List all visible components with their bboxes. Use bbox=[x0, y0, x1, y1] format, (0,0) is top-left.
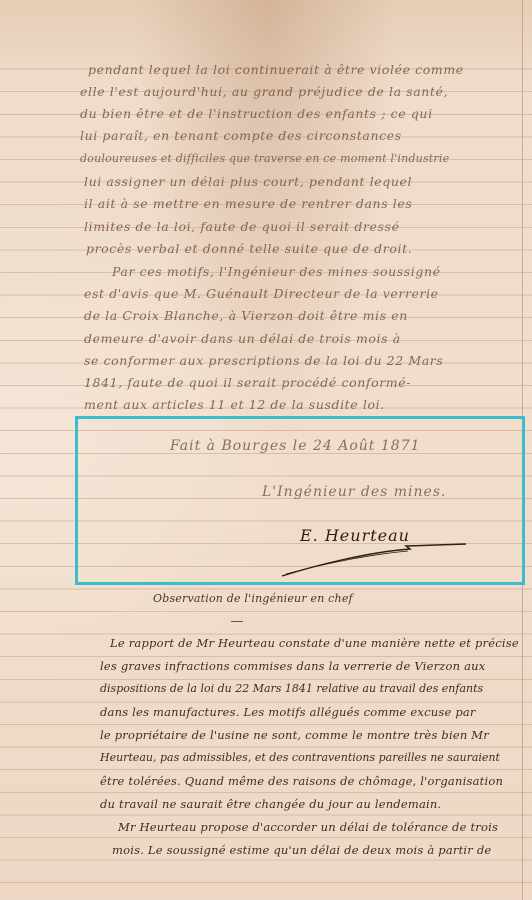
section-heading: Observation de l'ingénieur en chef bbox=[153, 592, 353, 605]
text-line: Mr Heurteau propose d'accorder un délai … bbox=[118, 820, 498, 834]
text-line: être tolérées. Quand même des raisons de… bbox=[100, 774, 503, 788]
text-line: Le rapport de Mr Heurteau constate d'une… bbox=[110, 636, 519, 650]
highlight-box bbox=[75, 416, 525, 585]
text-line: est d'avis que M. Guénault Directeur de … bbox=[84, 286, 439, 301]
text-line: demeure d'avoir dans un délai de trois m… bbox=[84, 331, 401, 346]
text-line: douloureuses et difficiles que traverse … bbox=[80, 152, 449, 165]
text-line: de la Croix Blanche, à Vierzon doit être… bbox=[84, 308, 408, 323]
text-line: le propriétaire de l'usine ne sont, comm… bbox=[100, 728, 489, 742]
text-line: Par ces motifs, l'Ingénieur des mines so… bbox=[112, 264, 441, 279]
text-line: du bien être et de l'instruction des enf… bbox=[80, 106, 433, 121]
text-line: lui assigner un délai plus court, pendan… bbox=[84, 174, 412, 189]
text-line: elle l'est aujourd'hui, au grand préjudi… bbox=[80, 84, 448, 99]
text-line: 1841, faute de quoi il serait procédé co… bbox=[84, 375, 411, 390]
text-line: Heurteau, pas admissibles, et des contra… bbox=[100, 751, 500, 764]
text-line: ment aux articles 11 et 12 de la susdite… bbox=[84, 397, 385, 412]
text-line: du travail ne saurait être changée du jo… bbox=[100, 797, 441, 811]
text-line: se conformer aux prescriptions de la loi… bbox=[84, 353, 443, 368]
heading-divider bbox=[231, 621, 243, 622]
text-line: les graves infractions commises dans la … bbox=[100, 659, 485, 673]
text-line: procès verbal et donné telle suite que d… bbox=[86, 241, 412, 256]
text-line: limites de la loi, faute de quoi il sera… bbox=[84, 219, 400, 234]
text-line: lui paraît, en tenant compte des circons… bbox=[80, 128, 402, 143]
text-line: dispositions de la loi du 22 Mars 1841 r… bbox=[100, 682, 483, 695]
text-line: dans les manufactures. Les motifs allégu… bbox=[100, 705, 476, 719]
text-line: il ait à se mettre en mesure de rentrer … bbox=[84, 196, 412, 211]
text-line: mois. Le soussigné estime qu'un délai de… bbox=[112, 843, 491, 857]
text-line: pendant lequel la loi continuerait à êtr… bbox=[88, 62, 464, 77]
document-page: pendant lequel la loi continuerait à êtr… bbox=[0, 0, 532, 900]
